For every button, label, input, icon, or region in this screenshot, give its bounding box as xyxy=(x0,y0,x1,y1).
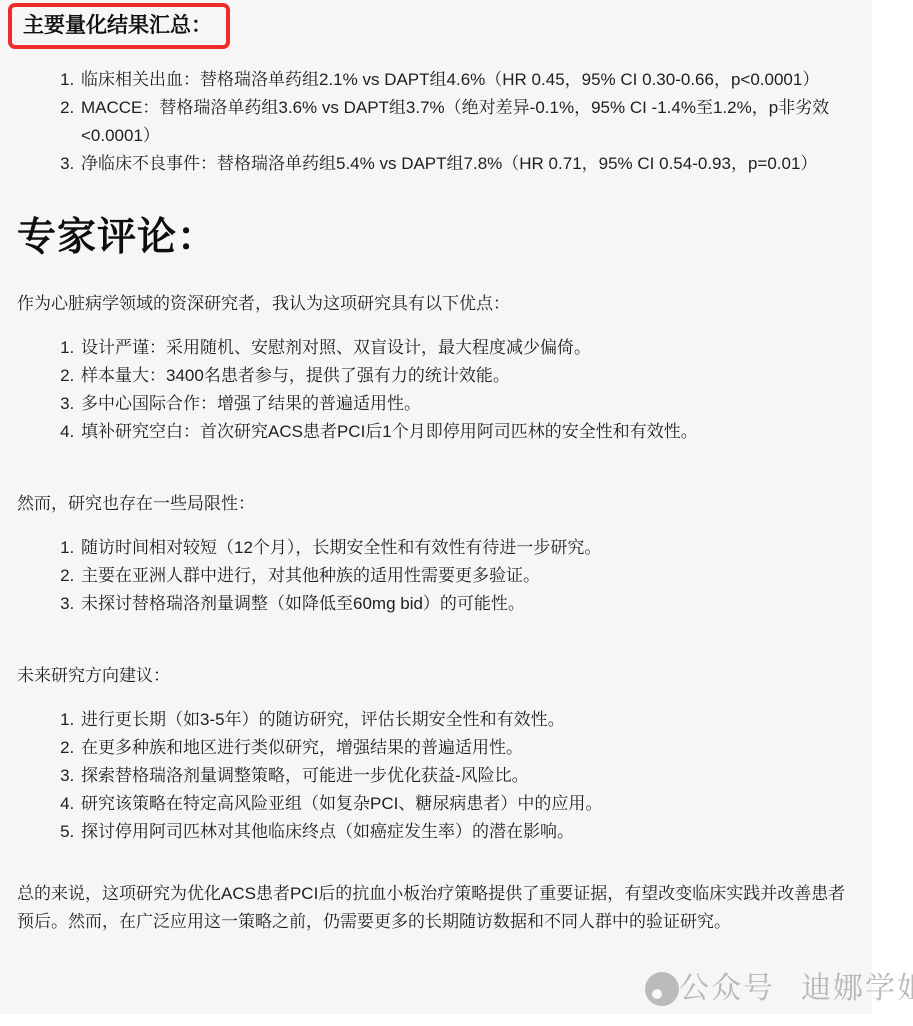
strengths-list: 设计严谨：采用随机、安慰剂对照、双盲设计，最大程度减少偏倚。 样本量大：3400… xyxy=(17,334,855,446)
article-page: { "page": { "background_color": "#f6f6f6… xyxy=(0,0,913,1026)
list-item: 主要在亚洲人群中进行，对其他种族的适用性需要更多验证。 xyxy=(79,562,855,590)
list-item: 在更多种族和地区进行类似研究，增强结果的普遍适用性。 xyxy=(79,734,855,762)
list-item: 设计严谨：采用随机、安慰剂对照、双盲设计，最大程度减少偏倚。 xyxy=(79,334,855,362)
expert-comment-heading: 专家评论： xyxy=(17,212,855,264)
list-item: 研究该策略在特定高风险亚组（如复杂PCI、糖尿病患者）中的应用。 xyxy=(79,790,855,818)
list-item: 净临床不良事件：替格瑞洛单药组5.4% vs DAPT组7.8%（HR 0.71… xyxy=(79,150,855,178)
list-item: MACCE：替格瑞洛单药组3.6% vs DAPT组3.7%（绝对差异-0.1%… xyxy=(79,94,855,150)
article-content: 主要量化结果汇总： 临床相关出血：替格瑞洛单药组2.1% vs DAPT组4.6… xyxy=(0,0,872,1014)
summary-heading: 主要量化结果汇总： xyxy=(8,3,230,49)
list-item: 填补研究空白：首次研究ACS患者PCI后1个月即停用阿司匹林的安全性和有效性。 xyxy=(79,418,855,446)
list-item: 探索替格瑞洛剂量调整策略，可能进一步优化获益-风险比。 xyxy=(79,762,855,790)
list-item: 随访时间相对较短（12个月），长期安全性和有效性有待进一步研究。 xyxy=(79,534,855,562)
strengths-intro: 作为心脏病学领域的资深研究者，我认为这项研究具有以下优点： xyxy=(17,290,855,318)
list-item: 多中心国际合作：增强了结果的普遍适用性。 xyxy=(79,390,855,418)
summary-results-list: 临床相关出血：替格瑞洛单药组2.1% vs DAPT组4.6%（HR 0.45，… xyxy=(17,66,855,178)
list-item: 样本量大：3400名患者参与，提供了强有力的统计效能。 xyxy=(79,362,855,390)
future-intro: 未来研究方向建议： xyxy=(17,662,855,690)
limitations-intro: 然而，研究也存在一些局限性： xyxy=(17,490,855,518)
list-item: 进行更长期（如3-5年）的随访研究，评估长期安全性和有效性。 xyxy=(79,706,855,734)
list-item: 探讨停用阿司匹林对其他临床终点（如癌症发生率）的潜在影响。 xyxy=(79,818,855,846)
limitations-list: 随访时间相对较短（12个月），长期安全性和有效性有待进一步研究。 主要在亚洲人群… xyxy=(17,534,855,618)
conclusion-paragraph: 总的来说，这项研究为优化ACS患者PCI后的抗血小板治疗策略提供了重要证据，有望… xyxy=(17,880,855,936)
future-directions-list: 进行更长期（如3-5年）的随访研究，评估长期安全性和有效性。 在更多种族和地区进… xyxy=(17,706,855,846)
list-item: 临床相关出血：替格瑞洛单药组2.1% vs DAPT组4.6%（HR 0.45，… xyxy=(79,66,855,94)
list-item: 未探讨替格瑞洛剂量调整（如降低至60mg bid）的可能性。 xyxy=(79,590,855,618)
